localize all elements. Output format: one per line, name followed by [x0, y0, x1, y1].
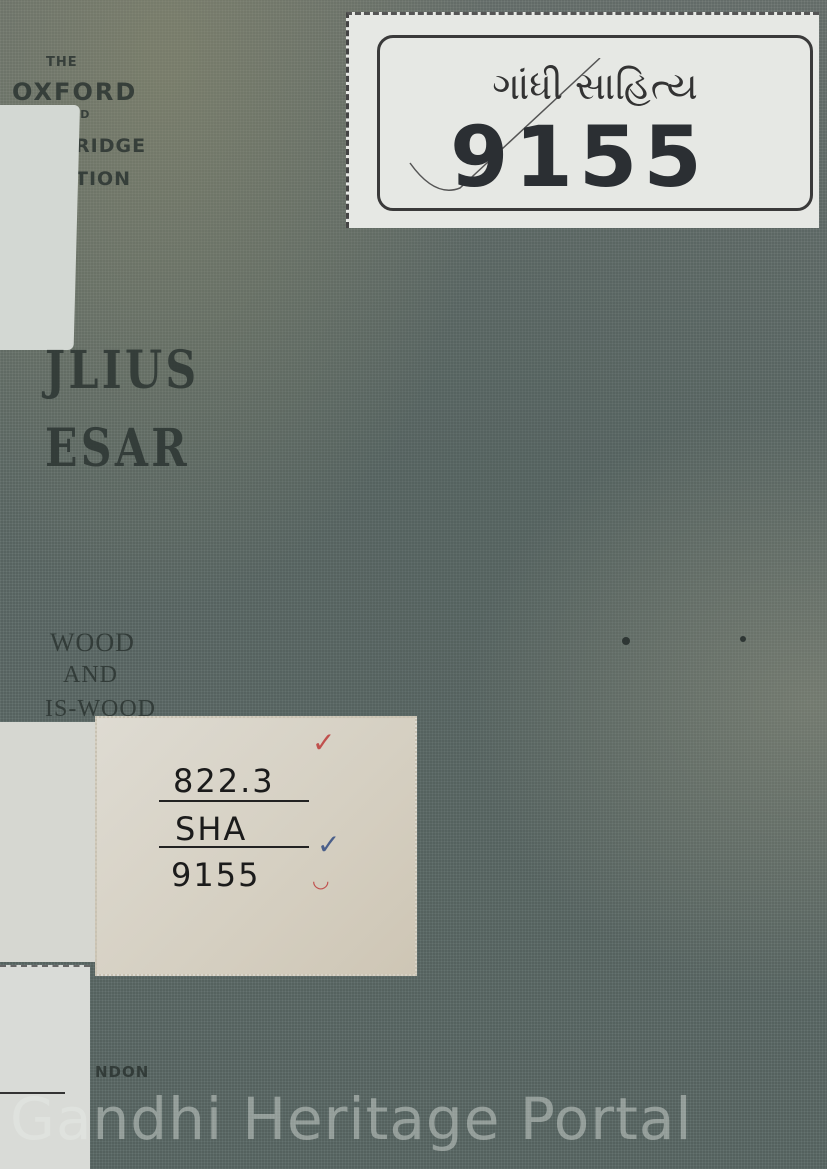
- book-title-line-2: ESAR: [45, 418, 190, 479]
- blue-checkmark-icon: ✓: [317, 828, 340, 861]
- publisher-edition: TION: [75, 168, 131, 190]
- paper-slip-middle-left: [0, 722, 100, 962]
- stain-spot: [740, 636, 746, 642]
- imprint-text: NDON: [95, 1063, 149, 1081]
- stamp-border: ગાંધી સાહિત્ય 9155: [377, 35, 813, 211]
- call-accession-number: 9155: [171, 856, 260, 894]
- paper-slip-top-left: [0, 105, 80, 350]
- book-cover: THE OXFORD ND RIDGE TION JLIUS ESAR WOOD…: [0, 0, 827, 1169]
- publisher-the: THE: [46, 55, 78, 70]
- call-number-label: 822.3 SHA 9155 ✓ ✓ ◡: [95, 716, 417, 976]
- divider-line: [159, 846, 309, 848]
- author-code: SHA: [175, 810, 247, 848]
- red-mark-icon: ◡: [312, 868, 329, 892]
- red-checkmark-icon: ✓: [312, 726, 335, 759]
- editor-line-1: WOOD: [50, 628, 135, 658]
- stamp-heading: ગાંધી સાહિત્ય: [380, 64, 810, 109]
- publisher-cambridge: RIDGE: [75, 135, 146, 157]
- publisher-oxford: OXFORD: [12, 78, 137, 106]
- stamp-accession-number: 9155: [450, 108, 708, 206]
- library-stamp-label: ગાંધી સાહિત્ય 9155: [346, 12, 819, 228]
- divider-line: [159, 800, 309, 802]
- book-title-line-1: JLIUS: [45, 340, 199, 401]
- class-number: 822.3: [173, 762, 275, 800]
- stain-spot: [622, 637, 630, 645]
- editor-line-2: AND: [63, 662, 118, 689]
- watermark: Gandhi Heritage Portal: [10, 1085, 693, 1153]
